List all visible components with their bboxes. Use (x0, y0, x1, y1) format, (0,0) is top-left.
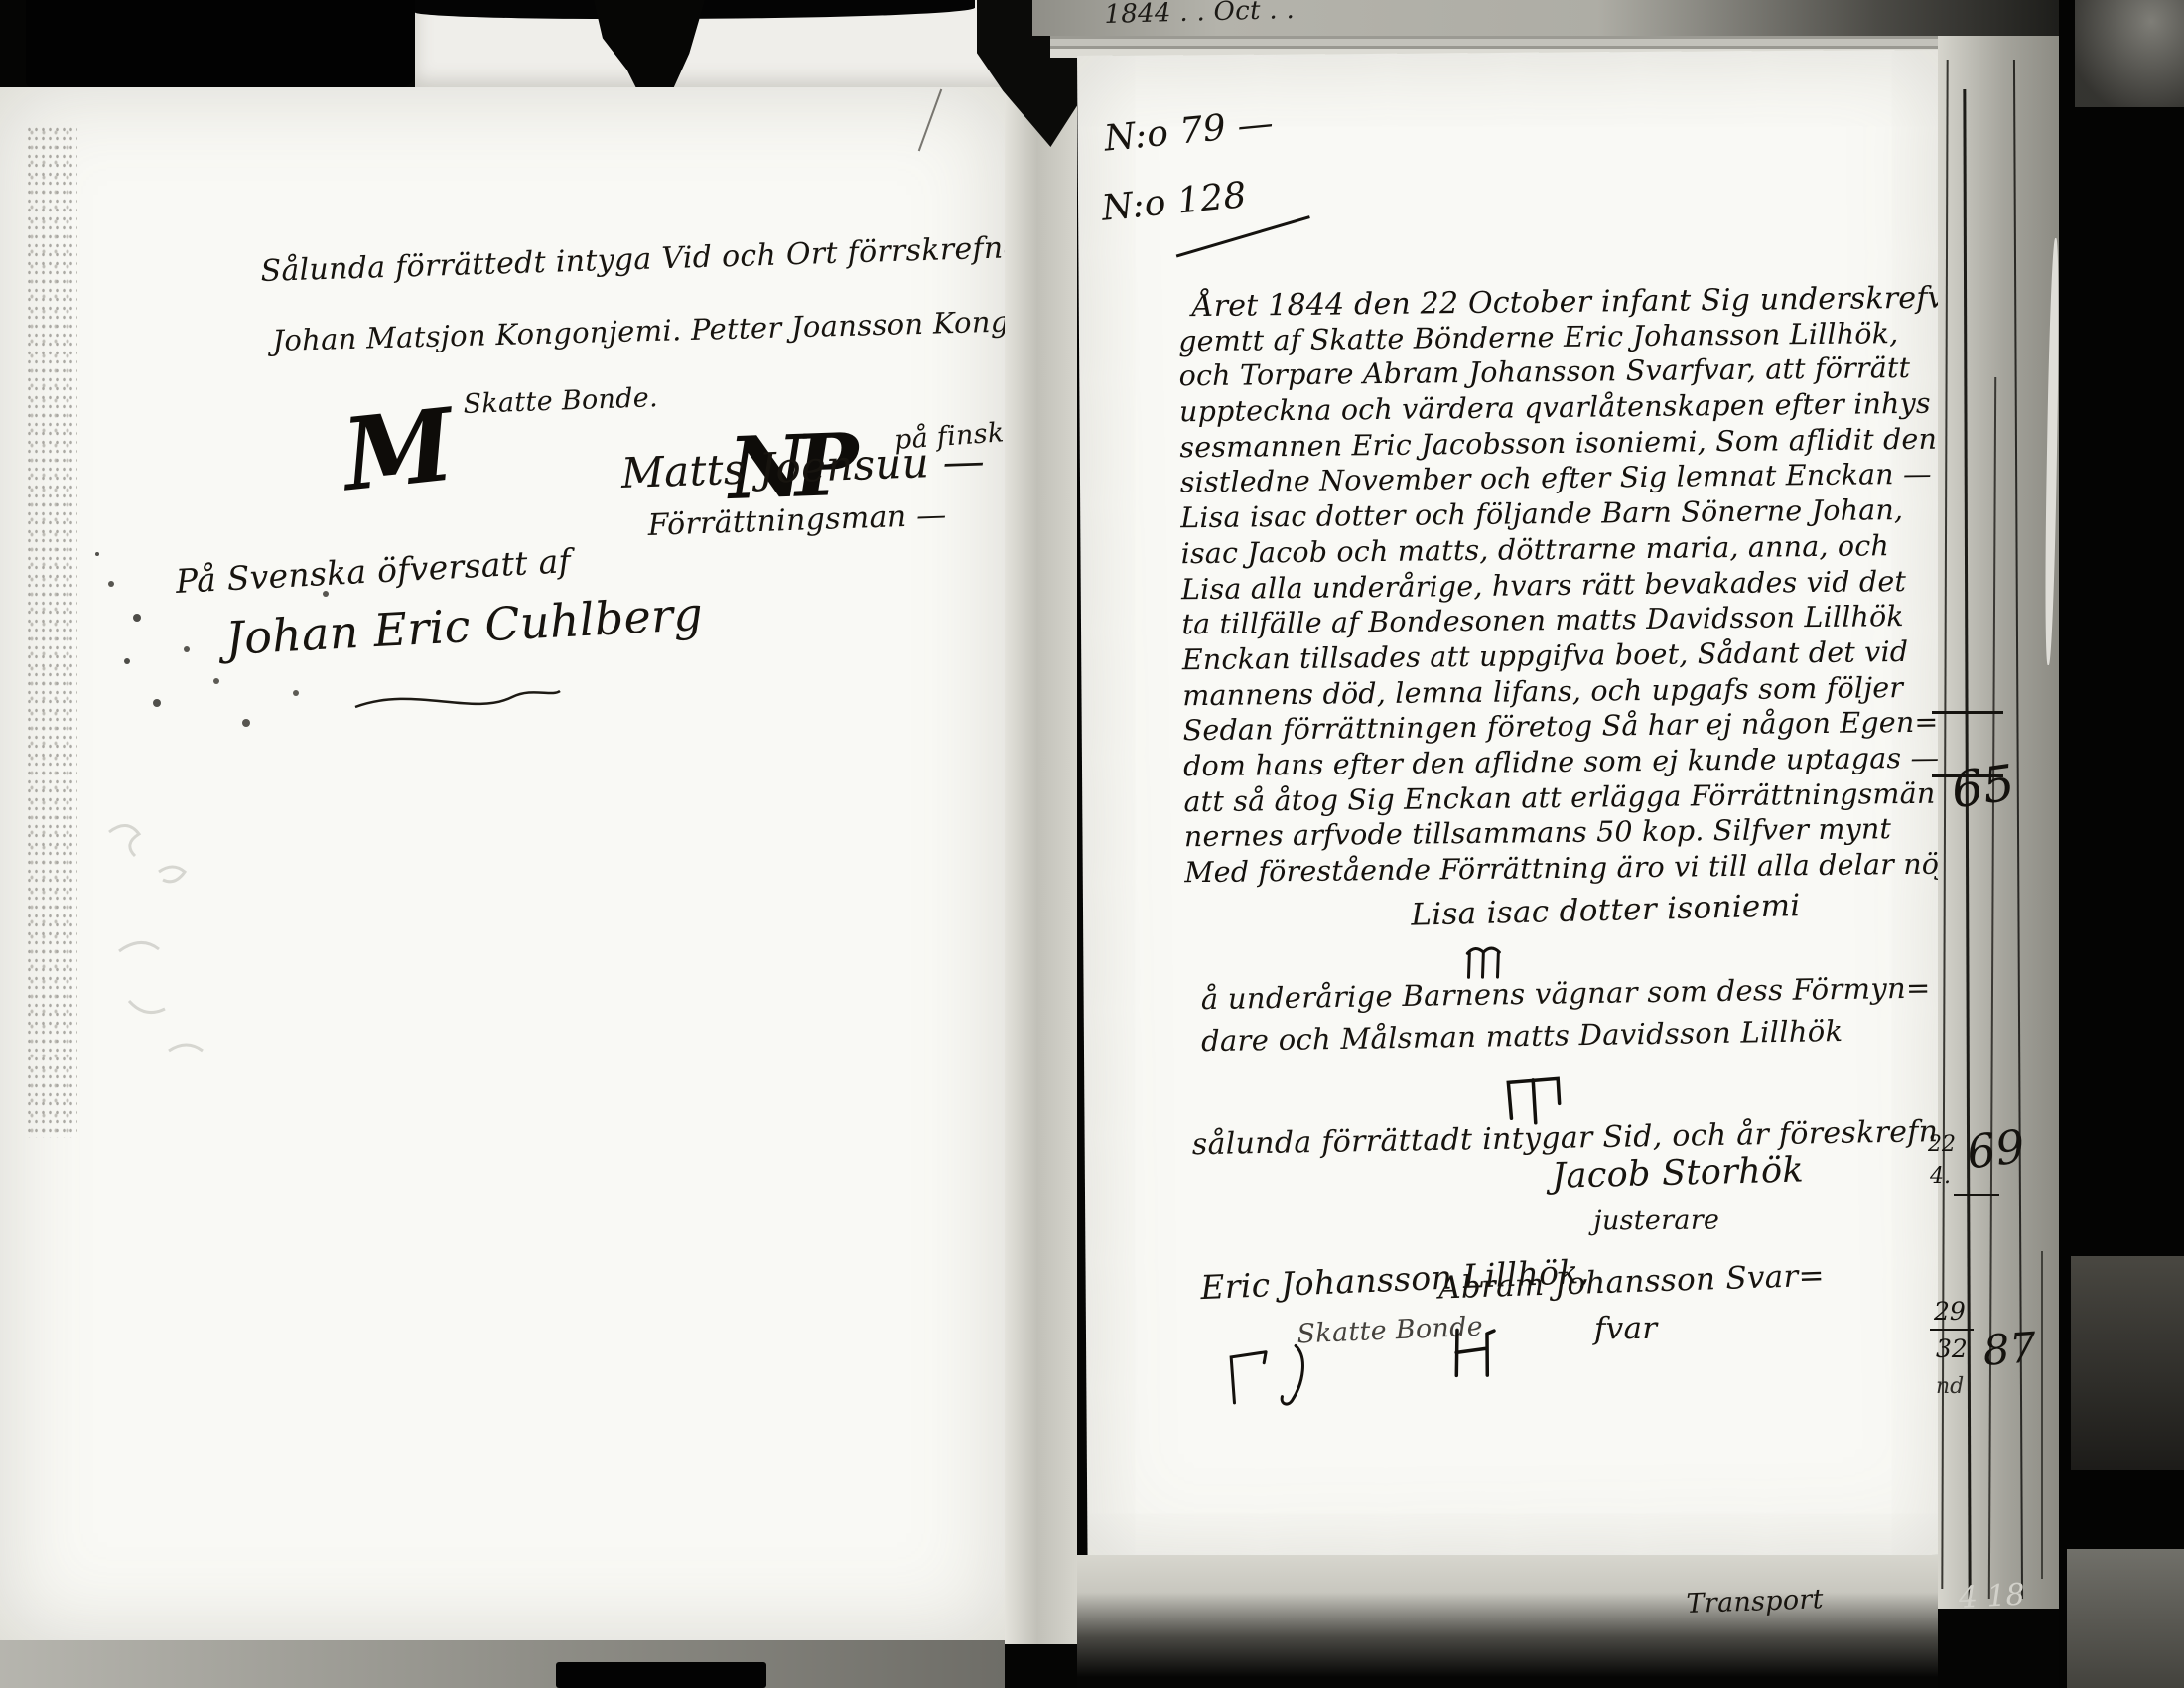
bomarke-eric-mark (1220, 1340, 1315, 1409)
left-edge-speckle (26, 125, 77, 1138)
body-line: Med förestående Förrättning äro vi till … (1184, 847, 1948, 892)
margin-rule-line (2041, 1251, 2043, 1579)
document-number-79: N:o 79 — (1102, 103, 1275, 160)
torn-top-left-block (26, 0, 415, 87)
margin-number-underline (1954, 1194, 1999, 1196)
translation-note: På Svenska öfversatt af (175, 541, 572, 601)
inventory-body-text: Året 1844 den 22 October infant Sig unde… (1178, 280, 1949, 891)
right-bottom-gray-patch (2067, 1549, 2184, 1688)
translator-signature: Johan Eric Cuhlberg (224, 587, 704, 665)
closing-attestation-line: sålunda förrättadt intygar Sid, och år f… (1192, 1114, 1949, 1162)
margin-number-29: 29 (1934, 1297, 1966, 1326)
left-page: Sålunda förrättedt intyga Vid och Ort fö… (0, 87, 1005, 1640)
witness-signature-line: Johan Matsjon Kongonjemi. Petter Joansso… (272, 302, 1005, 357)
margin-number-22: 22 (1928, 1132, 1956, 1157)
bottom-right-digits: 4 18 (1958, 1578, 2026, 1616)
bomarke-matts-davidsson-mark (1501, 1071, 1567, 1127)
officiant-signature: Matts Joensuu — (620, 436, 986, 497)
margin-number-87: 87 (1981, 1323, 2038, 1375)
signer-abram-signature-line-2: fvar (1594, 1311, 1658, 1346)
witness-title: Skatte Bonde. (463, 382, 658, 420)
scanned-document-spread: { "left_page": { "attestation": "Sålunda… (0, 0, 2184, 1688)
document-number-128: N:o 128 (1100, 175, 1248, 229)
adjuster-signature: Jacob Storhök (1552, 1150, 1805, 1196)
bottom-right-shadow (1077, 1555, 1938, 1688)
margin-number-4: 4. (1930, 1164, 1951, 1189)
gutter-shadow (1005, 56, 1077, 1644)
margin-number-69: 69 (1964, 1119, 2028, 1180)
number-underline-stroke (1176, 215, 1310, 257)
guardian-line-1: å underårige Barnens vägnar som dess För… (1201, 971, 1931, 1017)
bottom-left-edge-strip (0, 1640, 1005, 1688)
bomarke-johan-m: M (338, 385, 459, 513)
bottom-black-bar (556, 1662, 766, 1688)
right-page: N:o 79 — N:o 128 Året 1844 den 22 Octobe… (1077, 50, 1949, 1561)
corner-fold-line (918, 89, 942, 152)
adjuster-title: justerare (1593, 1205, 1719, 1237)
bomarke-abram-h-mark (1449, 1326, 1495, 1381)
guardian-line-2: dare och Målsman matts Davidsson Lillhök (1201, 1014, 1843, 1057)
signature-flourish (353, 683, 562, 717)
margin-bracket-line (1932, 711, 2003, 714)
ink-specks (95, 552, 99, 556)
officiant-title: Förrättningsman — (647, 497, 947, 542)
right-top-gray-patch (2075, 0, 2184, 107)
right-mid-gray-patch (2071, 1256, 2184, 1470)
top-edge-year-note: 1844 . . Oct . . (1104, 0, 1295, 30)
faint-pencil-scribbles (99, 812, 328, 1090)
margin-note-nd: nd (1936, 1374, 1964, 1399)
margin-number-32: 32 (1936, 1335, 1968, 1363)
transport-label: Transport (1686, 1584, 1824, 1619)
margin-number-rule (1930, 1329, 1974, 1331)
widow-signature: Lisa isac dotter isoniemi (1411, 888, 1801, 933)
attestation-line: Sålunda förrättedt intyga Vid och Ort fö… (260, 229, 1005, 289)
margin-number-65: 65 (1948, 754, 2018, 819)
